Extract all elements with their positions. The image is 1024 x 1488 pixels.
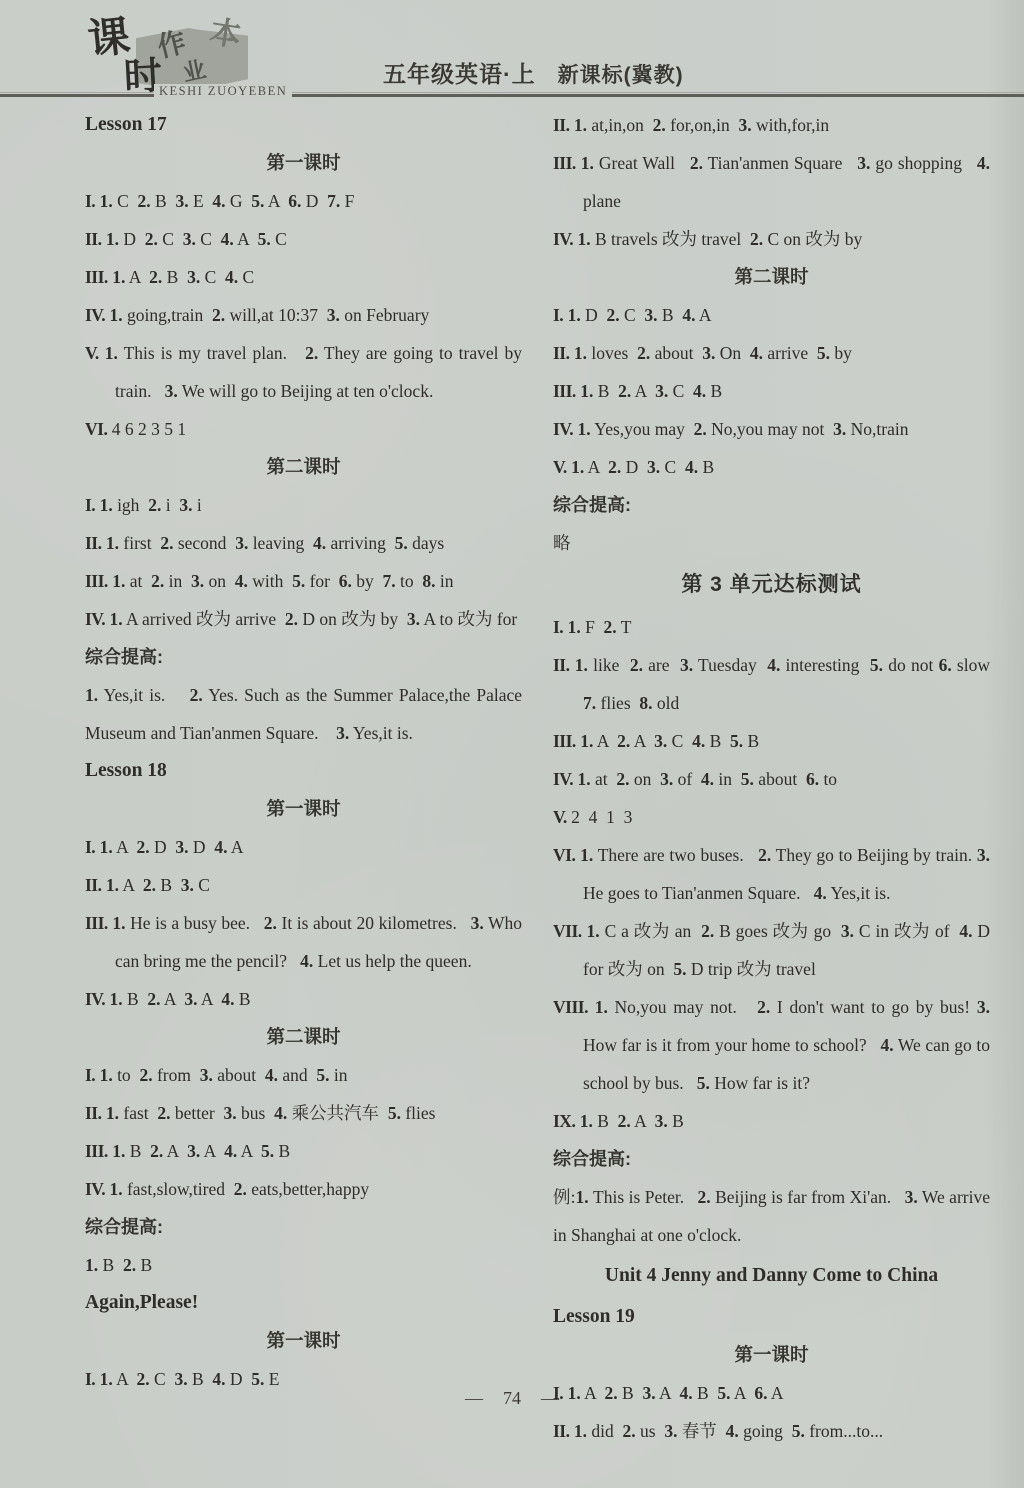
brand-char-ke: 课 <box>86 16 132 62</box>
left-column: Lesson 17第一课时I. 1. C 2. B 3. E 4. G 5. A… <box>85 106 522 1398</box>
section-label: 综合提高: <box>553 486 990 524</box>
period-heading: 第一课时 <box>85 1322 522 1360</box>
section-numeral: VI. <box>553 845 575 865</box>
section-numeral: II. <box>85 229 102 249</box>
answer-key-page: 课 作 本 时 业 KESHI ZUOYEBEN 五年级英语·上 新课标(冀教)… <box>0 0 1024 1488</box>
answer-line: I. 1. A 2. D 3. D 4. A <box>85 828 522 866</box>
answer-line: II. 1. D 2. C 3. C 4. A 5. C <box>85 220 522 258</box>
period-heading: 第二课时 <box>553 258 990 296</box>
answer-line: V. 1. This is my travel plan. 2. They ar… <box>85 334 522 410</box>
section-numeral: IV. <box>85 305 105 325</box>
section-numeral: II. <box>553 655 570 675</box>
brand-logo: 课 作 本 时 业 KESHI ZUOYEBEN <box>88 18 318 104</box>
section-label: 综合提高: <box>85 638 522 676</box>
answer-line: IV. 1. Yes,you may 2. No,you may not 3. … <box>553 410 990 448</box>
answer-line: II. 1. loves 2. about 3. On 4. arrive 5.… <box>553 334 990 372</box>
answer-text: 例:1. This is Peter. 2. Beijing is far fr… <box>553 1178 990 1254</box>
section-numeral: II. <box>85 533 102 553</box>
section-numeral: III. <box>85 571 108 591</box>
answer-line: II. 1. at,in,on 2. for,on,in 3. with,for… <box>553 106 990 144</box>
answer-line: IV. 1. B travels 改为 travel 2. C on 改为 by <box>553 220 990 258</box>
answer-line: I. 1. igh 2. i 3. i <box>85 486 522 524</box>
answer-line: II. 1. fast 2. better 3. bus 4. 乘公共汽车 5.… <box>85 1094 522 1132</box>
answer-line: VI. 1. There are two buses. 2. They go t… <box>553 836 990 912</box>
period-heading: 第一课时 <box>85 144 522 182</box>
section-numeral: IV. <box>553 769 573 789</box>
answer-line: IX. 1. B 2. A 3. B <box>553 1102 990 1140</box>
lesson-heading: Again,Please! <box>85 1284 522 1322</box>
answer-line: IV. 1. fast,slow,tired 2. eats,better,ha… <box>85 1170 522 1208</box>
answer-line: V. 1. A 2. D 3. C 4. B <box>553 448 990 486</box>
section-numeral: IV. <box>85 609 105 629</box>
answer-line: III. 1. A 2. A 3. C 4. B 5. B <box>553 722 990 760</box>
answer-text: 1. Yes,it is. 2. Yes. Such as the Summer… <box>85 676 522 752</box>
section-numeral: II. <box>85 875 102 895</box>
answer-line: I. 1. to 2. from 3. about 4. and 5. in <box>85 1056 522 1094</box>
answer-line: I. 1. D 2. C 3. B 4. A <box>553 296 990 334</box>
unit-test-heading: 第 3 单元达标测试 <box>553 562 990 608</box>
section-numeral: I. <box>85 1369 95 1389</box>
section-numeral: VI. <box>85 419 107 439</box>
section-numeral: II. <box>553 115 570 135</box>
answer-line: IV. 1. A arrived 改为 arrive 2. D on 改为 by… <box>85 600 522 638</box>
answer-line: V. 2 4 1 3 <box>553 798 990 836</box>
unit-heading: Unit 4 Jenny and Danny Come to China <box>553 1254 990 1298</box>
section-numeral: III. <box>85 267 108 287</box>
section-numeral: III. <box>553 153 576 173</box>
section-numeral: III. <box>85 1141 108 1161</box>
page-number-row: —74— <box>0 1388 1024 1409</box>
section-numeral: I. <box>553 305 563 325</box>
section-numeral: III. <box>85 913 108 933</box>
section-numeral: VII. <box>553 921 582 941</box>
answer-line: III. 1. A 2. B 3. C 4. C <box>85 258 522 296</box>
answer-text: 1. B 2. B <box>85 1246 522 1284</box>
section-numeral: IV. <box>85 1179 105 1199</box>
right-column: II. 1. at,in,on 2. for,on,in 3. with,for… <box>553 106 990 1450</box>
section-numeral: V. <box>553 457 567 477</box>
section-numeral: I. <box>85 837 95 857</box>
section-numeral: I. <box>553 617 563 637</box>
answer-line: II. 1. like 2. are 3. Tuesday 4. interes… <box>553 646 990 722</box>
section-numeral: IV. <box>553 229 573 249</box>
brand-char-ben: 本 <box>208 16 243 51</box>
answer-line: IV. 1. B 2. A 3. A 4. B <box>85 980 522 1018</box>
period-heading: 第二课时 <box>85 448 522 486</box>
lesson-heading: Lesson 18 <box>85 752 522 790</box>
section-numeral: II. <box>85 1103 102 1123</box>
answer-line: II. 1. A 2. B 3. C <box>85 866 522 904</box>
page-header: 五年级英语·上 新课标(冀教) <box>383 56 684 89</box>
answer-line: III. 1. at 2. in 3. on 4. with 5. for 6.… <box>85 562 522 600</box>
brand-char-ye: 业 <box>181 58 208 85</box>
period-heading: 第一课时 <box>85 790 522 828</box>
section-numeral: IX. <box>553 1111 575 1131</box>
section-numeral: IV. <box>85 989 105 1009</box>
section-numeral: VIII. <box>553 997 588 1017</box>
answer-line: IV. 1. at 2. on 3. of 4. in 5. about 6. … <box>553 760 990 798</box>
section-numeral: III. <box>553 731 576 751</box>
section-label: 综合提高: <box>85 1208 522 1246</box>
book-title: 五年级英语·上 <box>383 56 536 89</box>
answer-line: III. 1. Great Wall 2. Tian'anmen Square … <box>553 144 990 220</box>
section-numeral: I. <box>85 191 95 211</box>
lesson-heading: Lesson 17 <box>85 106 522 144</box>
answer-line: III. 1. B 2. A 3. A 4. A 5. B <box>85 1132 522 1170</box>
section-numeral: V. <box>85 343 99 363</box>
answer-line: II. 1. first 2. second 3. leaving 4. arr… <box>85 524 522 562</box>
page-number-dash-left: — <box>465 1388 483 1408</box>
edition-label: 新课标(冀教) <box>558 59 684 89</box>
section-numeral: IV. <box>553 419 573 439</box>
section-numeral: I. <box>85 495 95 515</box>
page-number-dash-right: — <box>541 1388 559 1408</box>
answer-line: I. 1. C 2. B 3. E 4. G 5. A 6. D 7. F <box>85 182 522 220</box>
section-label: 综合提高: <box>553 1140 990 1178</box>
answer-line: III. 1. B 2. A 3. C 4. B <box>553 372 990 410</box>
answer-line: I. 1. F 2. T <box>553 608 990 646</box>
period-heading: 第二课时 <box>85 1018 522 1056</box>
section-numeral: II. <box>553 343 570 363</box>
answer-line: III. 1. He is a busy bee. 2. It is about… <box>85 904 522 980</box>
answer-text: 略 <box>553 524 990 562</box>
answer-line: II. 1. did 2. us 3. 春节 4. going 5. from.… <box>553 1412 990 1450</box>
section-numeral: I. <box>85 1065 95 1085</box>
section-numeral: III. <box>553 381 576 401</box>
brand-romanized: KESHI ZUOYEBEN <box>154 84 292 99</box>
answer-line: VIII. 1. No,you may not. 2. I don't want… <box>553 988 990 1102</box>
period-heading: 第一课时 <box>553 1336 990 1374</box>
lesson-heading: Lesson 19 <box>553 1298 990 1336</box>
section-numeral: V. <box>553 807 567 827</box>
answer-line: VII. 1. C a 改为 an 2. B goes 改为 go 3. C i… <box>553 912 990 988</box>
answer-line: VI. 4 6 2 3 5 1 <box>85 410 522 448</box>
page-number: 74 <box>503 1388 521 1408</box>
answer-line: IV. 1. going,train 2. will,at 10:37 3. o… <box>85 296 522 334</box>
section-numeral: II. <box>553 1421 570 1441</box>
